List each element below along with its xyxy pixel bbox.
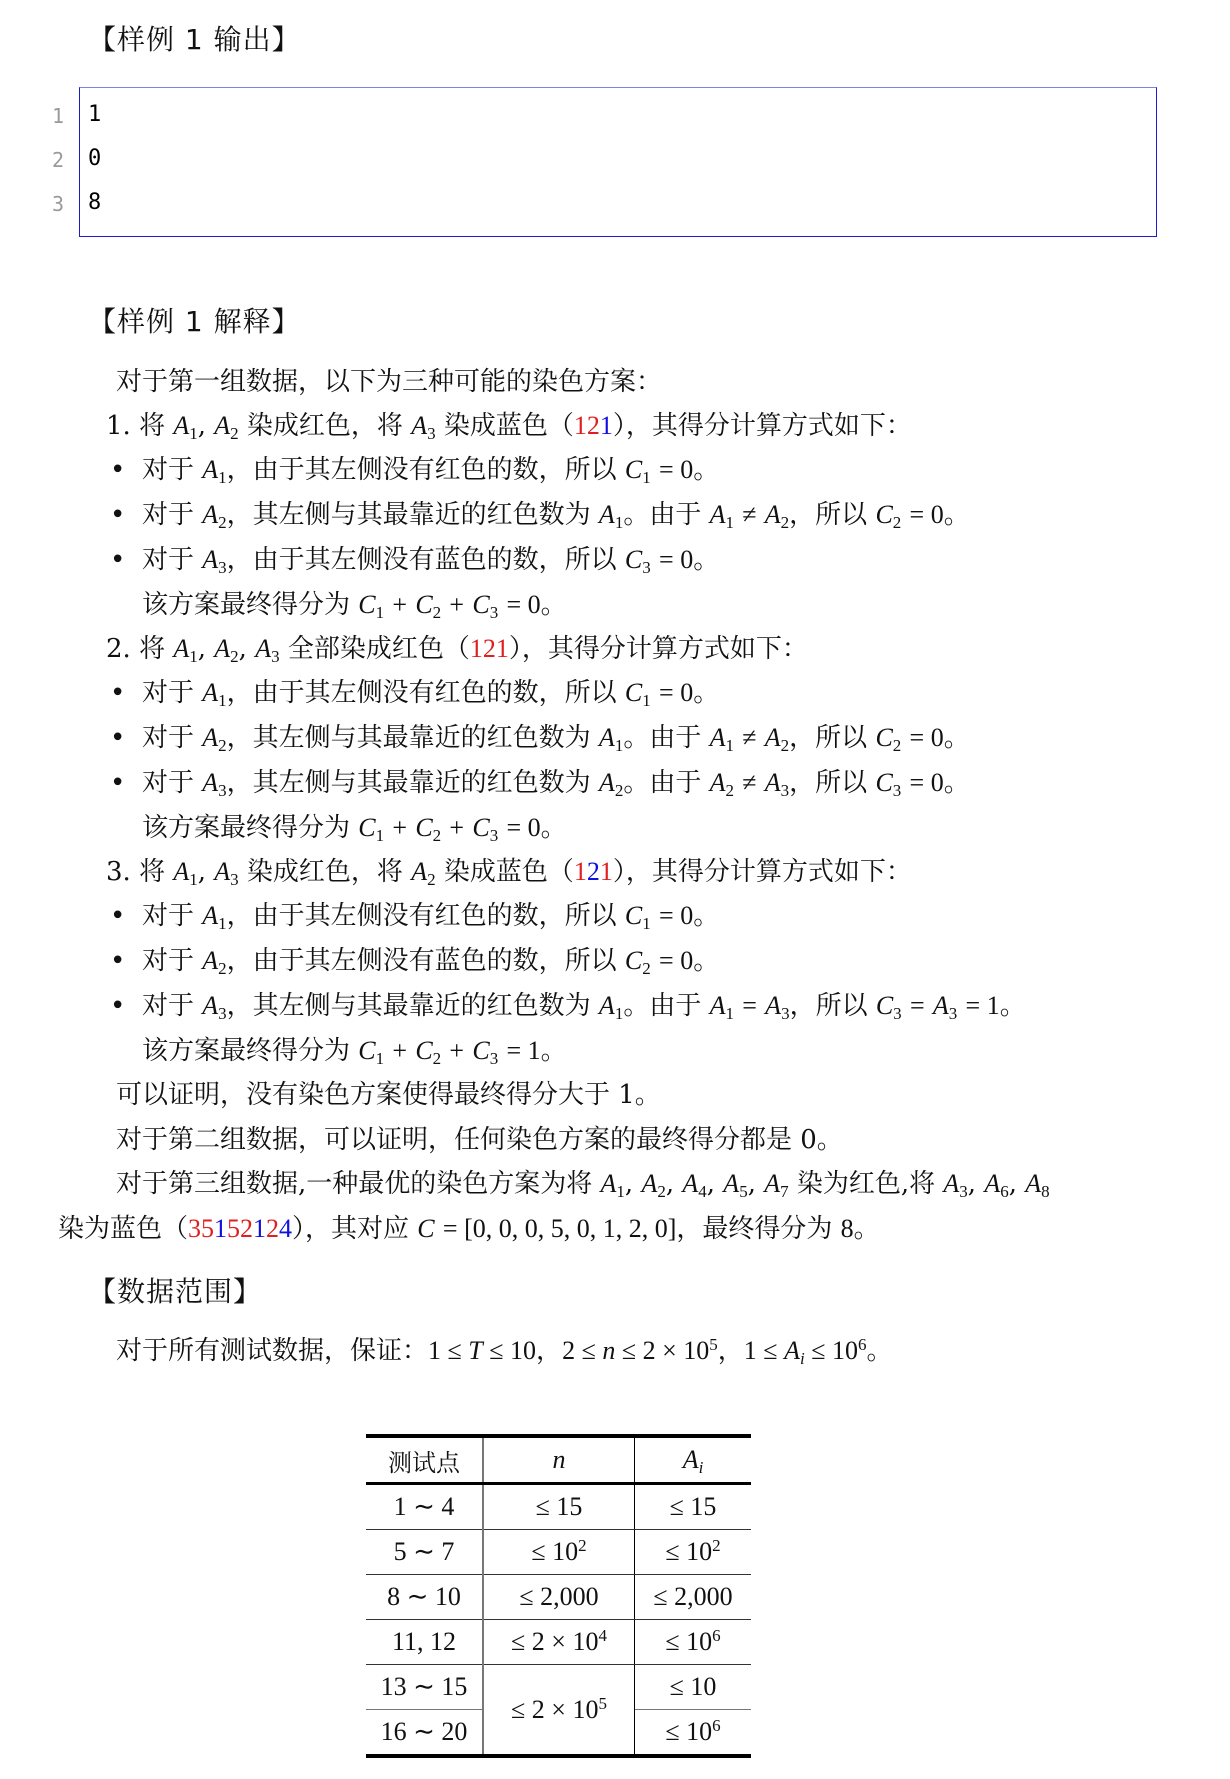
sample-output-heading: 【样例 1 输出】 [88, 18, 301, 58]
header-ai: Ai [635, 1436, 752, 1484]
table-row: 1 ∼ 4 ≤ 15 ≤ 15 [366, 1484, 751, 1530]
scheme-2-bullet-2: •对于 A2，其左侧与其最靠近的红色数为 A1。由于 A1 ≠ A2，所以 C2… [110, 721, 970, 755]
table-row: 8 ∼ 10 ≤ 2,000 ≤ 2,000 [366, 1575, 751, 1620]
line-number: 1 [44, 104, 64, 128]
sample-output-code-block[interactable] [79, 87, 1157, 237]
explanation-heading: 【样例 1 解释】 [88, 300, 301, 340]
cell-ai: ≤ 106 [635, 1710, 752, 1757]
scheme-1-bullet-1: •对于 A1，由于其左侧没有红色的数，所以 C1 = 0。 [110, 453, 719, 487]
constraints-table: 测试点 n Ai 1 ∼ 4 ≤ 15 ≤ 15 5 ∼ 7 ≤ 102 ≤ 1… [366, 1434, 751, 1758]
cell-test-point: 16 ∼ 20 [366, 1710, 483, 1757]
scheme-2-bullet-1: •对于 A1，由于其左侧没有红色的数，所以 C1 = 0。 [110, 676, 719, 710]
cell-n: ≤ 15 [483, 1484, 635, 1530]
code-line: 1 [88, 102, 101, 127]
scheme-3-bullet-3: •对于 A3，其左侧与其最靠近的红色数为 A1。由于 A1 = A3，所以 C3… [110, 989, 1026, 1023]
explanation-intro: 对于第一组数据，以下为三种可能的染色方案： [116, 365, 662, 399]
c-values: [0, 0, 0, 5, 0, 1, 2, 0] [464, 1214, 676, 1243]
cell-ai: ≤ 15 [635, 1484, 752, 1530]
cell-ai: ≤ 106 [635, 1620, 752, 1665]
cell-n: ≤ 102 [483, 1530, 635, 1575]
case-2-text: 对于第二组数据，可以证明，任何染色方案的最终得分都是 0。 [116, 1123, 843, 1157]
code-line: 0 [88, 146, 101, 171]
line-number: 2 [44, 148, 64, 172]
conclusion-text: 可以证明，没有染色方案使得最终得分大于 1。 [116, 1078, 661, 1112]
table-row: 11, 12 ≤ 2 × 104 ≤ 106 [366, 1620, 751, 1665]
constraints-text: 对于所有测试数据，保证：1 ≤ T ≤ 10，2 ≤ n ≤ 2 × 105，1… [116, 1334, 893, 1368]
line-number: 3 [44, 192, 64, 216]
case-3-text-line-1: 对于第三组数据,一种最优的染色方案为将 A1, A2, A4, A5, A7 染… [116, 1167, 1050, 1201]
scheme-1-summary: 该方案最终得分为 C1 + C2 + C3 = 0。 [142, 588, 567, 622]
cell-n: ≤ 2 × 104 [483, 1620, 635, 1665]
code-line: 8 [88, 190, 101, 215]
cell-ai: ≤ 10 [635, 1665, 752, 1710]
table-header-row: 测试点 n Ai [366, 1436, 751, 1484]
header-test-point: 测试点 [366, 1436, 483, 1484]
scheme-3-summary: 该方案最终得分为 C1 + C2 + C3 = 1。 [142, 1034, 567, 1068]
scheme-3-title: 3. 将 A1, A3 染成红色，将 A2 染成蓝色（121），其得分计算方式如… [106, 855, 912, 889]
table-row: 13 ∼ 15 ≤ 2 × 105 ≤ 10 [366, 1665, 751, 1710]
cell-n: ≤ 2,000 [483, 1575, 635, 1620]
final-score: 8 [841, 1214, 854, 1243]
scheme-3-bullet-1: •对于 A1，由于其左侧没有红色的数，所以 C1 = 0。 [110, 899, 719, 933]
scheme-2-title: 2. 将 A1, A2, A3 全部染成红色（121），其得分计算方式如下： [106, 632, 808, 666]
cell-test-point: 11, 12 [366, 1620, 483, 1665]
cell-test-point: 8 ∼ 10 [366, 1575, 483, 1620]
scheme-2-bullet-3: •对于 A3，其左侧与其最靠近的红色数为 A2。由于 A2 ≠ A3，所以 C3… [110, 766, 970, 800]
cell-test-point: 5 ∼ 7 [366, 1530, 483, 1575]
cell-ai: ≤ 102 [635, 1530, 752, 1575]
cell-test-point: 1 ∼ 4 [366, 1484, 483, 1530]
scheme-1-bullet-3: •对于 A3，由于其左侧没有蓝色的数，所以 C3 = 0。 [110, 543, 719, 577]
scheme-2-summary: 该方案最终得分为 C1 + C2 + C3 = 0。 [142, 811, 567, 845]
header-n: n [483, 1436, 635, 1484]
case-3-text-line-2: 染为蓝色（35152124），其对应 C = [0, 0, 0, 5, 0, 1… [58, 1212, 880, 1246]
scheme-1-title: 1. 将 A1, A2 染成红色，将 A3 染成蓝色（121），其得分计算方式如… [106, 409, 912, 443]
cell-n-merged: ≤ 2 × 105 [483, 1665, 635, 1757]
constraints-heading: 【数据范围】 [88, 1270, 262, 1310]
cell-test-point: 13 ∼ 15 [366, 1665, 483, 1710]
table-row: 5 ∼ 7 ≤ 102 ≤ 102 [366, 1530, 751, 1575]
scheme-1-bullet-2: •对于 A2，其左侧与其最靠近的红色数为 A1。由于 A1 ≠ A2，所以 C2… [110, 498, 970, 532]
scheme-3-bullet-2: •对于 A2，由于其左侧没有蓝色的数，所以 C2 = 0。 [110, 944, 719, 978]
cell-ai: ≤ 2,000 [635, 1575, 752, 1620]
